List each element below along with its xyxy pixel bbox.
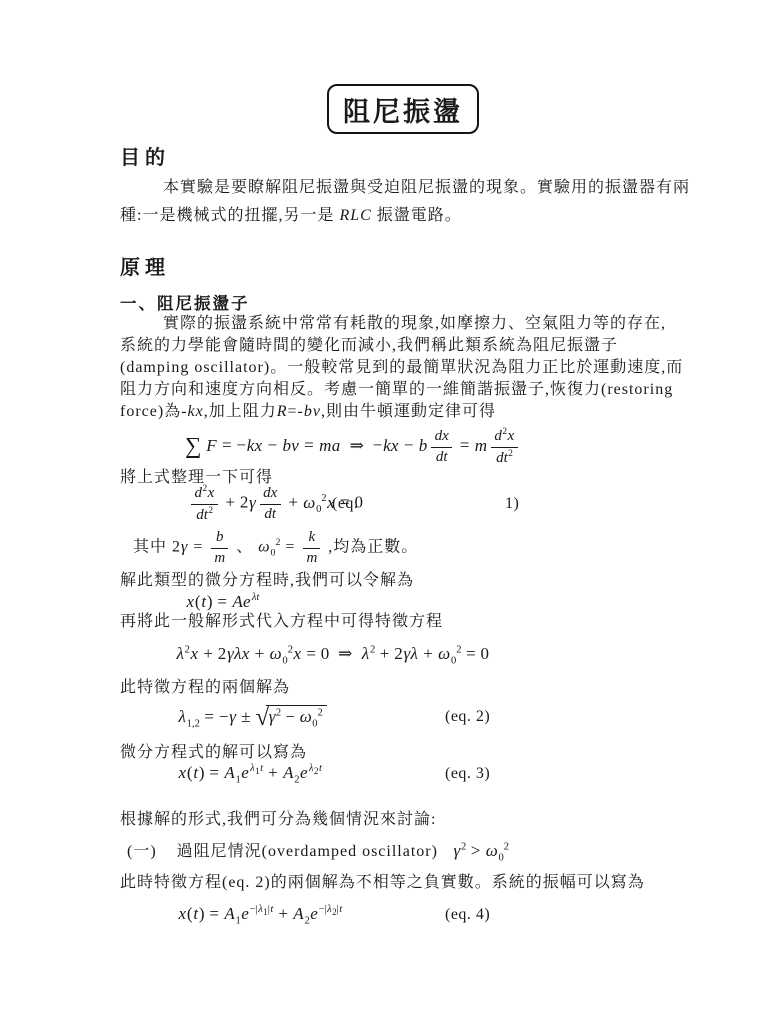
- trial-solution-body: x(t) = Aeλt: [186, 592, 260, 612]
- document-page: 阻尼振盪 目的 本實驗是要瞭解阻尼振盪與受迫阻尼振盪的現象。實驗用的振盪器有兩 …: [0, 0, 768, 1024]
- equation-4: x(t) = A1e−|λ1|t + A2e−|λ2|t (eq. 4): [0, 900, 768, 930]
- equation-newton: ∑F = −kx − bv = ma ⇒ −kx − bdxdt = md2xd…: [0, 424, 768, 470]
- where-line-body: 其中 2γ = bm 、 ω02 = km ,均為正數。: [133, 529, 418, 567]
- characteristic-equation-body: λ2x + 2γλx + ω02x = 0 ⇒ λ2 + 2γλ + ω02 =…: [176, 644, 489, 666]
- purpose-line: 種:一是機械式的扭擺,另一是 RLC 振盪電路。: [120, 206, 462, 226]
- body-line: 阻力方向和速度方向相反。考慮一簡單的一維簡諧振盪子,恢復力(restoring: [120, 380, 673, 400]
- case1-heading: (一) 過阻尼情況(overdamped oscillator) γ2 > ω0…: [127, 840, 509, 865]
- equation-2-number: (eq. 2): [445, 708, 490, 726]
- purpose-line: 本實驗是要瞭解阻尼振盪與受迫阻尼振盪的現象。實驗用的振盪器有兩: [163, 178, 690, 198]
- equation-4-body: x(t) = A1e−|λ1|t + A2e−|λ2|t: [178, 904, 343, 926]
- equation-2-body: λ1,2 = −γ ± √γ2 − ω02: [178, 705, 327, 730]
- equation-newton-body: ∑F = −kx − bv = ma ⇒ −kx − bdxdt = md2xd…: [185, 427, 521, 467]
- equation-3: x(t) = A1eλ1t + A2eλ2t (eq. 3): [0, 760, 768, 788]
- document-title-box: 阻尼振盪: [327, 84, 479, 134]
- body-line: force)為-kx,加上阻力R=-bv,則由牛頓運動定律可得: [120, 402, 496, 422]
- principle-heading: 原理: [120, 251, 170, 280]
- equation-1: d2xdt2 + 2γdxdt + ω02x = 0 (eq. 1): [0, 482, 768, 526]
- body-line: 系統的力學能會隨時間的變化而減小,我們稱此類系統為阻尼振盪子: [120, 336, 618, 356]
- discussion-text: 根據解的形式,我們可分為幾個情況來討論:: [120, 810, 436, 830]
- equation-3-number: (eq. 3): [445, 765, 490, 783]
- equation-2: λ1,2 = −γ ± √γ2 − ω02 (eq. 2): [0, 697, 768, 737]
- case1-description: 此時特徵方程(eq. 2)的兩個解為不相等之負實數。系統的振幅可以寫為: [120, 873, 645, 893]
- characteristic-equation: λ2x + 2γλx + ω02x = 0 ⇒ λ2 + 2γλ + ω02 =…: [0, 641, 768, 669]
- body-line: 實際的振盪系統中常常有耗散的現象,如摩擦力、空氣阻力等的存在,: [163, 314, 666, 334]
- body-line: (damping oscillator)。一般較常見到的最簡單狀況為阻力正比於運…: [120, 358, 683, 378]
- equation-3-body: x(t) = A1eλ1t + A2eλ2t: [178, 763, 322, 785]
- substitute-text: 再將此一般解形式代入方程中可得特徵方程: [120, 612, 443, 632]
- solve-text: 解此類型的微分方程時,我們可以令解為: [120, 571, 414, 591]
- where-line: 其中 2γ = bm 、 ω02 = km ,均為正數。: [0, 526, 768, 570]
- document-title: 阻尼振盪: [343, 90, 463, 129]
- purpose-heading: 目的: [120, 141, 170, 170]
- equation-1-label: (eq.: [332, 495, 358, 513]
- equation-1-number: 1): [505, 495, 519, 513]
- equation-4-number: (eq. 4): [445, 906, 490, 924]
- roots-text: 此特徵方程的兩個解為: [120, 678, 290, 698]
- subsection-heading: 一、阻尼振盪子: [120, 290, 250, 314]
